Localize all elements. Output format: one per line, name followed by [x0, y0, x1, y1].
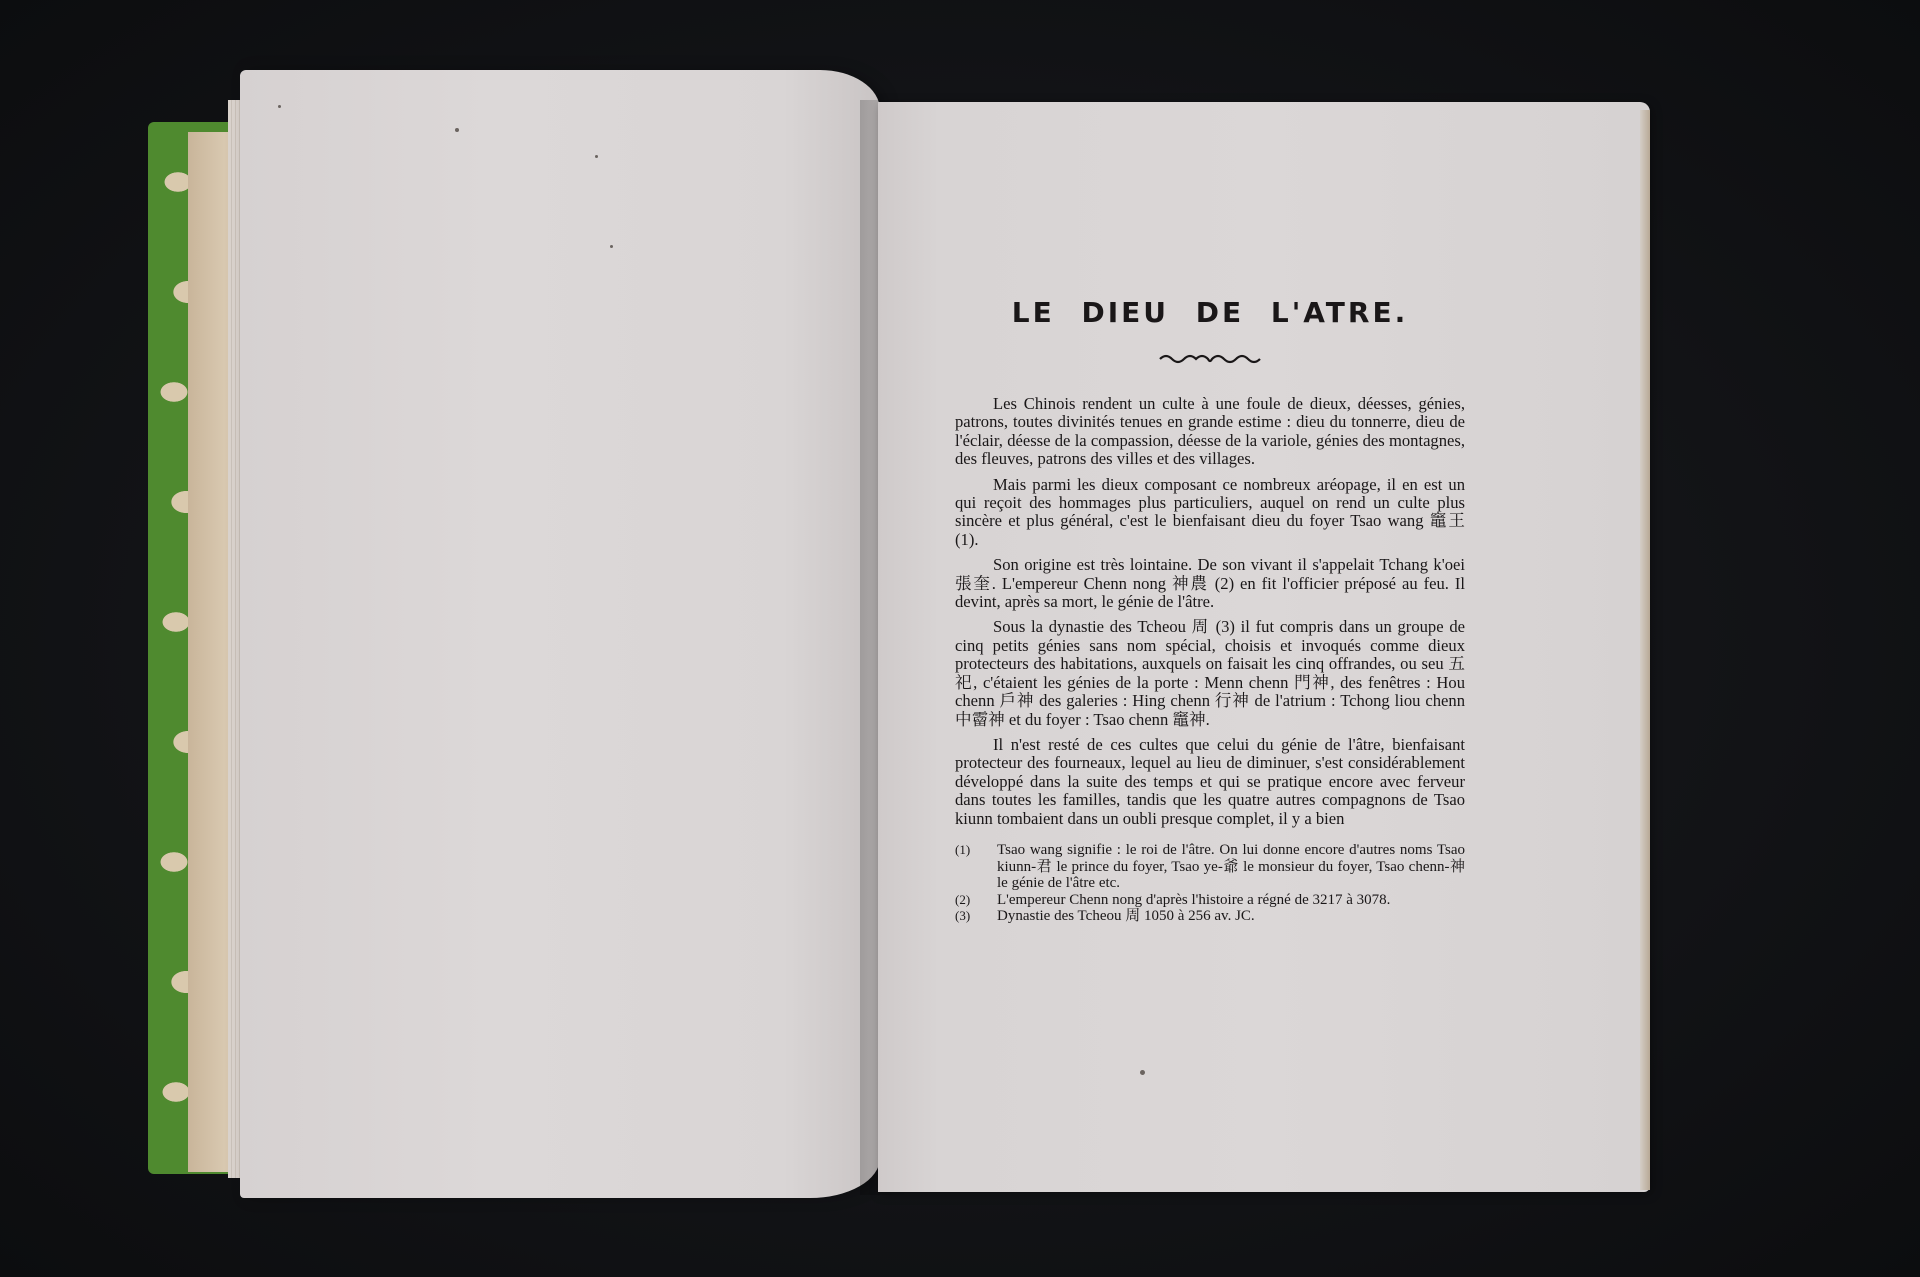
footnote-text: Dynastie des Tcheou 周 1050 à 256 av. JC. [997, 908, 1465, 925]
page-text: LE DIEU DE L'ATRE. Les Chinois rendent u… [955, 296, 1465, 925]
paper-speck [610, 245, 613, 248]
footnote: (2) L'empereur Chenn nong d'après l'hist… [955, 892, 1465, 909]
paper-speck [278, 105, 281, 108]
left-page-blank [240, 70, 880, 1198]
footnote: (3) Dynastie des Tcheou 周 1050 à 256 av.… [955, 908, 1465, 925]
footnote-text: L'empereur Chenn nong d'après l'histoire… [997, 892, 1465, 909]
footnote-number: (1) [955, 842, 997, 892]
paragraph: Sous la dynastie des Tcheou 周 (3) il fut… [955, 618, 1465, 728]
right-page-edge [1640, 110, 1650, 1190]
footnote-text: Tsao wang signifie : le roi de l'âtre. O… [997, 842, 1465, 892]
footnote-number: (3) [955, 908, 997, 925]
paper-speck [1140, 1070, 1145, 1075]
paragraph: Les Chinois rendent un culte à une foule… [955, 395, 1465, 469]
ornament-squiggle-icon [1158, 351, 1262, 365]
footnote-number: (2) [955, 892, 997, 909]
body-text: Les Chinois rendent un culte à une foule… [955, 395, 1465, 828]
paper-speck [595, 155, 598, 158]
footnote: (1) Tsao wang signifie : le roi de l'âtr… [955, 842, 1465, 892]
paper-speck [455, 128, 459, 132]
paragraph: Son origine est très lointaine. De son v… [955, 556, 1465, 611]
paragraph: Il n'est resté de ces cultes que celui d… [955, 736, 1465, 828]
footnotes: (1) Tsao wang signifie : le roi de l'âtr… [955, 842, 1465, 925]
chapter-title: LE DIEU DE L'ATRE. [955, 296, 1465, 329]
paragraph: Mais parmi les dieux composant ce nombre… [955, 476, 1465, 550]
